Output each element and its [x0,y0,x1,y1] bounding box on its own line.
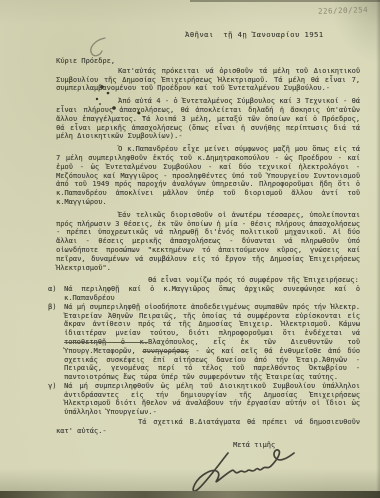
paragraph-4: Ἐάν τελικῶς διορισθοῦν οἱ ἀνωτέρω τέσσαρ… [56,211,360,273]
handwritten-signature [188,445,306,497]
paragraph-1: Κατ'αὐτάς πρόκειται νά ὁρισθοῦν τά μέλη … [56,67,360,93]
list-item-c: γ) Νά μή συμπεριληφθοῦν ὡς μέλη τοῦ Διοι… [48,382,360,417]
page-edge-top [190,0,380,2]
list-item-b-text: Νά μή συμπεριληφθῇ οἱοσδήποτε ἀποδεδειγμ… [64,303,360,382]
page-edge-bottom [0,491,380,498]
closing-paragraph: Τά σχετικά Β.Διατάγματα θά πρέπει νά δημ… [56,418,360,436]
page-edge-right [376,0,380,498]
item-b-segment-1: Νά μή συμπεριληφθῇ οἱοσδήποτε ἀποδεδειγμ… [64,303,360,337]
list-marker-b: β) [48,303,64,382]
list-item-c-text: Νά μή συμπεριληφθοῦν ὡς μέλη τοῦ Διοικητ… [64,382,360,417]
list-item-b: β) Νά μή συμπεριληφθῇ οἱοσδήποτε ἀποδεδε… [48,303,360,382]
list-marker-c: γ) [48,382,64,417]
reference-number: 226/2Θ/254 [318,5,368,16]
list-intro: Θά εἶναι νομίζω πρός τό συμφέρον τῆς Ἐπι… [56,276,360,285]
list-item-a-text: Νά περιληφθῇ καί ὁ κ.Μαγγιῶρος ὅπως ἀρχι… [64,285,360,303]
list-item-a: α) Νά περιληφθῇ καί ὁ κ.Μαγγιῶρος ὅπως ἀ… [48,285,360,303]
dateline: Ἀθῆναι τῇ 4ῃ Ἰανουαρίου 1951 [185,30,324,39]
letter-page: 226/2Θ/254 Ἀθῆναι τῇ 4ῃ Ἰανουαρίου 1951 … [0,0,380,498]
item-b-struck-text-2: συνηγορήσας [142,347,188,355]
item-b-struck-text-1: τοποθετηθῇ ὁ κ. [64,338,148,346]
salutation: Κύριε Πρόεδρε, [56,57,360,66]
paragraph-2: Ἀπό αὐτά 4 - ὁ Ἐντεταλμένος Σύμβουλος κα… [56,97,360,141]
letter-body: Κύριε Πρόεδρε, Κατ'αὐτάς πρόκειται νά ὁρ… [48,57,360,449]
list-marker-a: α) [48,285,64,303]
paragraph-3: Ὁ κ.Παπανδρέου εἶχε μείνει σύμφωνος μαζῆ… [56,145,360,207]
